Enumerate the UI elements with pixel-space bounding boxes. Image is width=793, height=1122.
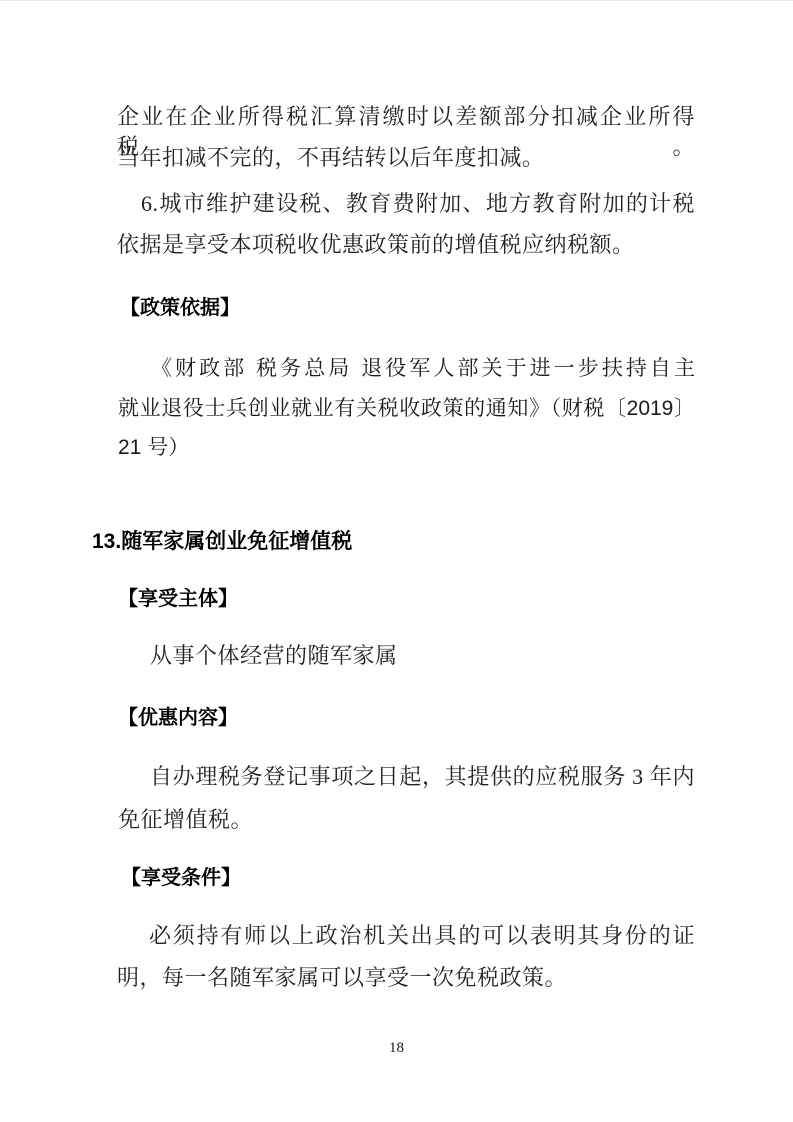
document-line: 自办理税务登记事项之日起，其提供的应税服务 3 年内	[150, 762, 695, 792]
document-line: 免征增值税。	[118, 805, 253, 835]
document-line: 依据是享受本项税收优惠政策前的增值税应纳税额。	[117, 230, 635, 260]
document-line: 从事个体经营的随军家属	[150, 641, 398, 671]
document-line: 必须持有师以上政治机关出具的可以表明其身份的证	[149, 921, 695, 951]
document-line: 【享受条件】	[121, 863, 241, 893]
document-line: 就业退役士兵创业就业有关税收政策的通知》（财税〔2019〕	[118, 394, 695, 424]
document-line: 【享受主体】	[118, 584, 238, 614]
page-number: 18	[0, 1037, 793, 1059]
document-line: 企业在企业所得税汇算清缴时以差额部分扣减企业所得税。	[117, 102, 695, 132]
document-line: 21 号）	[118, 433, 189, 463]
document-line: 【优惠内容】	[118, 703, 238, 733]
document-line: 6.城市维护建设税、教育费附加、地方教育附加的计税	[141, 189, 695, 219]
document-line: 《财政部 税务总局 退役军人部关于进一步扶持自主	[151, 354, 695, 384]
document-line: 13.随军家属创业免征增值税	[92, 527, 352, 557]
document-line: 明，每一名随军家属可以享受一次免税政策。	[117, 963, 567, 993]
document-page: 企业在企业所得税汇算清缴时以差额部分扣减企业所得税。当年扣减不完的，不再结转以后…	[0, 0, 793, 1122]
document-line: 【政策依据】	[120, 293, 240, 323]
document-line: 当年扣减不完的，不再结转以后年度扣减。	[117, 143, 545, 173]
